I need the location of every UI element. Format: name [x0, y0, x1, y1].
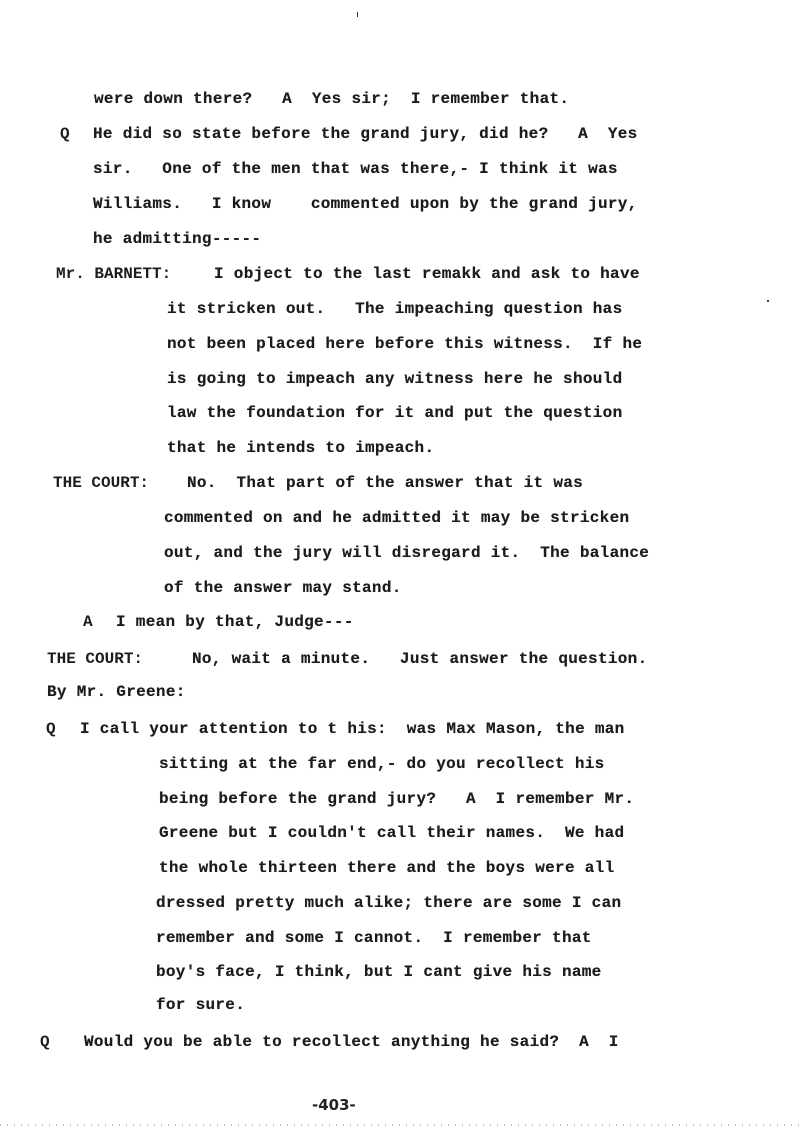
transcript-line: No, wait a minute. Just answer the quest… [192, 649, 647, 669]
examination-heading: By Mr. Greene: [47, 682, 186, 702]
transcript-line: it stricken out. The impeaching question… [167, 299, 622, 319]
transcript-line: boy's face, I think, but I cant give his… [156, 962, 602, 982]
transcript-line: for sure. [156, 995, 245, 1015]
transcript-line: I call your attention to t his: was Max … [80, 719, 625, 739]
transcript-line: law the foundation for it and put the qu… [167, 403, 622, 423]
transcript-line: commented on and he admitted it may be s… [164, 508, 629, 528]
transcript-line: Williams. I know commented upon by the g… [93, 194, 638, 214]
speaker-label-barnett: Mr. BARNETT: [56, 264, 171, 284]
speaker-label-q: Q [46, 719, 56, 739]
transcript-line: of the answer may stand. [164, 578, 402, 598]
transcript-line: being before the grand jury? A I remembe… [159, 789, 634, 809]
transcript-line: is going to impeach any witness here he … [167, 369, 622, 389]
transcript-line: Would you be able to recollect anything … [84, 1032, 619, 1052]
transcript-line: I object to the last remakk and ask to h… [214, 264, 640, 284]
speaker-label-q: Q [60, 124, 70, 144]
transcript-page: were down there? A Yes sir; I remember t… [0, 0, 800, 1132]
transcript-line: were down there? A Yes sir; I remember t… [94, 89, 569, 109]
speaker-label-a: A [83, 612, 93, 632]
transcript-line: I mean by that, Judge--- [116, 612, 354, 632]
transcript-line: out, and the jury will disregard it. The… [164, 543, 649, 563]
speaker-label-court: THE COURT: [53, 473, 149, 493]
transcript-line: Greene but I couldn't call their names. … [159, 823, 624, 843]
speaker-label-court: THE COURT: [47, 649, 143, 669]
page-number: -403- [312, 1096, 356, 1114]
transcript-line: remember and some I cannot. I remember t… [156, 928, 592, 948]
transcript-line: he admitting----- [93, 229, 261, 249]
transcript-line: sir. One of the men that was there,- I t… [93, 159, 618, 179]
transcript-line: the whole thirteen there and the boys we… [159, 858, 614, 878]
transcript-line: that he intends to impeach. [167, 438, 434, 458]
transcript-line: sitting at the far end,- do you recollec… [159, 754, 605, 774]
transcript-line: No. That part of the answer that it was [187, 473, 583, 493]
transcript-line: not been placed here before this witness… [167, 334, 642, 354]
scan-mark [357, 12, 358, 17]
speaker-label-q: Q [40, 1032, 50, 1052]
scan-edge-artifacts [0, 1124, 800, 1126]
transcript-line: dressed pretty much alike; there are som… [156, 893, 621, 913]
transcript-line: He did so state before the grand jury, d… [93, 124, 638, 144]
scan-speck [767, 300, 769, 302]
